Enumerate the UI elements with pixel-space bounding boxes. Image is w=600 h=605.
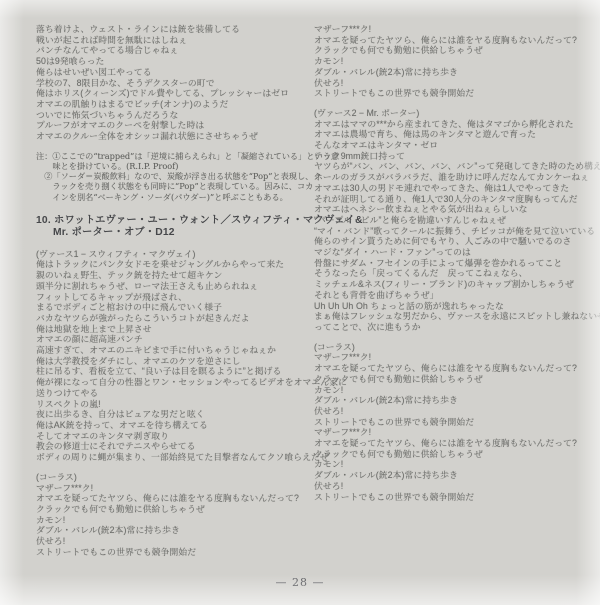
lyric-line: 俺らのサイン貰うために何でもヤり、人ごみの中で騒いでるのさ [314,236,590,247]
lyric-line: 伏せろ! [314,406,590,417]
lyric-line: テック9mm銃口持って [314,151,590,162]
lyric-line: 俺は地獄を地上まで上昇させ [36,324,306,335]
lyric-line: マザーフ***ク! [36,483,306,494]
lyric-line: “マイ・バンド”歌ってクールに振舞う、チビッコが俺を見て泣いている [314,226,590,237]
note-line: ラックを売り捌く状態をも同時に“Pop”と表現している。因みに、コカ [36,181,306,191]
lyric-line: まるでボディごと棺おけの中に飛んでいく様子 [36,302,306,313]
lyric-line: 俺はトラックにパンク女ドモを乗せジャングルからやって来た [36,259,306,270]
lyric-line: オマエを疑ってたヤツら、俺らには誰をヤる度胸もないんだって? [36,493,306,504]
lyric-line: オマエのクルー全体をオシッコ漏れ状態にさせちゃうぜ [36,131,306,142]
lyric-line: 頭半分に割れちゃうぜ、ローマ法王さえも止められねぇ [36,281,306,292]
lyric-line: バカなヤツらが強がったらこういうコトが起きんだよ [36,313,306,324]
note-line: 注：①ここでの“trapped”は「逆境に捕らえられ」と「凝縮されている」という… [36,151,306,161]
lyric-line: ダブル・バレル(銃2本)常に持ち歩き [314,67,590,78]
track-heading-line1: 10. ホワットエヴァー・ユー・ウォント／スウィフティ・マクヴェイ& [36,215,306,228]
translator-notes-block: 注：①ここでの“trapped”は「逆境に捕らえられ」と「凝縮されている」という… [36,151,306,202]
verse1-lines: 俺はトラックにパンク女ドモを乗せジャングルからやって来た親のいねぇ野生、テック銃… [36,259,306,462]
lyric-line: オマエはママの***から産まれてきた、俺はタマゴから孵化された [314,119,590,130]
lyric-line: 柱に吊るす、看板を立て、“良い子は目を瞑るように”と掲げる [36,366,306,377]
lyric-line: 俺はAK銃を持って、オマエを待ち構えてる [36,420,306,431]
lyric-line: ダブル・バレル(銃2本)常に持ち歩き [314,470,590,481]
lyric-line: オマエを疑ってたヤツら、俺らには誰をヤる度胸もないんだって? [314,363,590,374]
lyric-line: ついでに怖気づいちゃうんだろうな [36,110,306,121]
lyric-line: ダブル・バレル(銃2本)常に持ち歩き [314,395,590,406]
lyric-line: マザーフ***ク! [314,427,590,438]
lyric-line: オマエは農場で育ち、俺は馬のキンタマと遊んで育った [314,129,590,140]
lyric-line: ヤツらが“バン、バン、バン、バン、バン”って発砲してきた時のため構える [314,161,590,172]
lyric-line: オマエを疑ってたヤツら、俺らには誰をヤる度胸もないんだって? [314,35,590,46]
right-column: マザーフ***ク!オマエを疑ってたヤツら、俺らには誰をヤる度胸もないんだって?ク… [314,24,590,511]
verse1-block: (ヴァース1 − スウィフティ・マクヴェイ) 俺はトラックにパンク女ドモを乗せジ… [36,249,306,463]
chorus-final-block: (コーラス) マザーフ***ク!オマエを疑ってたヤツら、俺らには誰をヤる度胸もな… [314,342,590,503]
lyric-line: クラックでも何でも勤勉に供給しちゃうぜ [314,374,590,385]
lyric-line: マザーフ***ク! [314,24,590,35]
lyric-line: オマエの肌触りはまるでビッチ(オンナ)のようだ [36,99,306,110]
lyric-line: 教会の修道士にそれでテニスやらせてる [36,441,306,452]
lyric-line: クラックでも何でも勤勉に供給しちゃうぜ [314,449,590,460]
verse-continuation-block: 落ち着けよ、ウェスト・ラインには銃を装備してる戦いが起これば時間を無駄にはしねぇ… [36,24,306,142]
chorus-final-lines: マザーフ***ク!オマエを疑ってたヤツら、俺らには誰をヤる度胸もないんだって?ク… [314,352,590,502]
lyric-line: 夜に出歩るき、自分はピュアな男だと呟く [36,409,306,420]
lyric-line: そんなオマエはキンタマ・ゼロ [314,140,590,151]
lyric-line: ストリートでもこの世界でも競争開始だ [36,547,306,558]
lyric-line: 伏せろ! [36,536,306,547]
lyric-line: 俺はホリス(クィーンズ)でドル費やしてる、プレッシャーはゼロ [36,88,306,99]
lyric-line: クラックでも何でも勤勉に供給しちゃうぜ [36,504,306,515]
lyric-line: “パープル・ピル”と俺らを勘違いすんじゃねぇぜ [314,215,590,226]
chorus-block: (コーラス) マザーフ***ク!オマエを疑ってたヤツら、俺らには誰をヤる度胸もな… [36,472,306,558]
lyric-line: パンチなんてやってる場合じゃねぇ [36,45,306,56]
verse2-label: (ヴァース2 − Mr. ポーター) [314,108,590,119]
lyric-line: ダブル・バレル(銃2本)常に持ち歩き [36,525,306,536]
chorus-lines: マザーフ***ク!オマエを疑ってたヤツら、俺らには誰をヤる度胸もないんだって?ク… [36,483,306,558]
lyric-line: そうなったら「戻ってくるんだ 戻ってこねぇなら、 [314,268,590,279]
verse1-label: (ヴァース1 − スウィフティ・マクヴェイ) [36,249,306,260]
lyric-line: 戦いが起これば時間を無駄にはしねぇ [36,35,306,46]
lyric-line: カモン! [36,515,306,526]
lyric-line: 高速すぎて、オマエのニキビまで手に付いちゃうじゃねぇか [36,345,306,356]
note-line: 味とを掛けている。(R.I.P. Proof) [36,161,306,171]
lyric-line: ストリートでもこの世界でも競争開始だ [314,88,590,99]
lyric-line: 送りつけてやる [36,388,306,399]
verse2-block: (ヴァース2 − Mr. ポーター) オマエはママの***から産まれてきた、俺は… [314,108,590,333]
lyric-line: ってことで、次に進もうか [314,322,590,333]
lyric-line: オマエはヘネシー飲まねぇとやる気が出ねぇらしいな [314,204,590,215]
lyric-line: まぁ俺はフレッシュな男だから、ヴァースを永遠にスピットし兼ねないぜ [314,311,590,322]
booklet-page: 落ち着けよ、ウェスト・ラインには銃を装備してる戦いが起これば時間を無駄にはしねぇ… [0,0,600,605]
lyric-line: マザーフ***ク! [314,352,590,363]
lyric-line: Uh Uh Uh Oh ちょっと話の筋が逸れちゃったな [314,301,590,312]
track-heading: 10. ホワットエヴァー・ユー・ウォント／スウィフティ・マクヴェイ& Mr. ポ… [36,215,306,240]
lyric-line: リスペクトの嵐! [36,399,306,410]
lyric-line: ストリートでもこの世界でも競争開始だ [314,417,590,428]
lyric-line: 俺らはせいぜい図工やってる [36,67,306,78]
lyric-line: ミッチェル&ネス(フィリー・ブランド)のキャップ割かしちゃうぜ [314,279,590,290]
lyric-line: カモン! [314,385,590,396]
lyric-line: それが証明してる通り、俺1人で30人分のキンタマ度胸もってんだ [314,194,590,205]
note-line: インを別名“ベーキング・ソーダ(パウダー)”と呼ぶこともある。 [36,192,306,202]
lyric-line: 伏せろ! [314,481,590,492]
lyric-line: そしてオマエのキンタマ剥ぎ取り [36,431,306,442]
lyric-line: カモン! [314,459,590,470]
lyric-line: 落ち着けよ、ウェスト・ラインには銃を装備してる [36,24,306,35]
left-column: 落ち着けよ、ウェスト・ラインには銃を装備してる戦いが起これば時間を無駄にはしねぇ… [36,24,306,566]
lyric-line: マジな“ダイ・ハード・ファン”ってのは [314,247,590,258]
lyric-line: 俺が裸になって自分の性器とワン・セッションやってるビデオをオマエん家に [36,377,306,388]
chorus-repeat-block: マザーフ***ク!オマエを疑ってたヤツら、俺らには誰をヤる度胸もないんだって?ク… [314,24,590,99]
lyric-line: 親のいねぇ野生、テック銃を持たせて超キケン [36,270,306,281]
lyric-line: ホールのガラスがバラバラだ、誰を助けに呼んだなんてカンケーねぇ [314,172,590,183]
lyric-line: ストリートでもこの世界でも競争開始だ [314,492,590,503]
lyric-line: フィットしてるキャップが飛ばされ、 [36,292,306,303]
lyric-line: オマエを疑ってたヤツら、俺らには誰をヤる度胸もないんだって? [314,438,590,449]
verse2-lines: オマエはママの***から産まれてきた、俺はタマゴから孵化されたオマエは農場で育ち… [314,119,590,333]
lyric-line: 俺は大学教授をダチにし、オマエのケツを逆さにし [36,356,306,367]
lyric-line: オマエは30人の男ドモ連れでやってきた、俺は1人でやってきた [314,183,590,194]
chorus-final-label: (コーラス) [314,342,590,353]
lyric-line: カモン! [314,56,590,67]
lyric-line: ボディの周りに蝿が集まり、一部始終見てた目撃者なんてクソ喰らえだぜ [36,452,306,463]
note-line: ②「ソーダ＝炭酸飲料」なので、炭酸が浮き出る状態を“Pop”と表現し、ク [36,171,306,181]
lyric-line: オマエの顔に超高速パンチ [36,334,306,345]
lyric-line: プルーフがオマエのクーペを射撃した時は [36,120,306,131]
lyric-line: 骨盤にサダム・フセインの手によって爆弾を巻かれるってこと [314,258,590,269]
page-number: — 28 — [0,576,600,589]
chorus-label: (コーラス) [36,472,306,483]
lyric-line: 学校の7、8限目かな、そうデクスターの町で [36,78,306,89]
lyric-line: 50は9発喰らった [36,56,306,67]
track-heading-line2: Mr. ポーター・オブ・D12 [36,227,306,240]
lyric-line: 伏せろ! [314,78,590,89]
lyric-line: クラックでも何でも勤勉に供給しちゃうぜ [314,45,590,56]
lyric-line: それとも背骨を曲げちゃうぜ」 [314,290,590,301]
